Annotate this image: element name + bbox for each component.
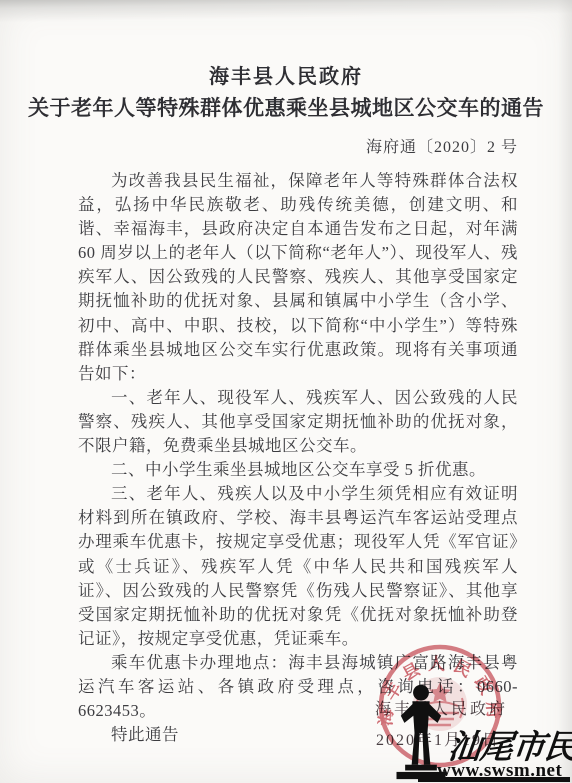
document-number: 海府通〔2020〕2 号 xyxy=(0,134,518,157)
document-body: 为改善我县民生福祉，保障老年人等特殊群体合法权益，弘扬中华民族敬老、助残传统美德… xyxy=(78,169,518,747)
watermark-underline xyxy=(418,777,570,782)
body-paragraph: 三、老年人、残疾人以及中小学生须凭相应有效证明材料到所在镇政府、学校、海丰县粤运… xyxy=(78,482,518,651)
body-paragraph: 为改善我县民生福祉，保障老年人等特殊群体合法权益，弘扬中华民族敬老、助残传统美德… xyxy=(78,169,518,386)
body-paragraph: 一、老年人、现役军人、残疾军人、因公致残的人民警察、残疾人、其他享受国家定期抚恤… xyxy=(78,386,518,458)
body-paragraph: 二、中小学生乘坐县城地区公交车享受 5 折优惠。 xyxy=(78,458,518,482)
document-page: 海丰县人民政府 关于老年人等特殊群体优惠乘坐县城地区公交车的通告 海府通〔202… xyxy=(0,0,572,783)
document-title: 关于老年人等特殊群体优惠乘坐县城地区公交车的通告 xyxy=(0,92,572,124)
scan-shadow xyxy=(558,0,572,783)
